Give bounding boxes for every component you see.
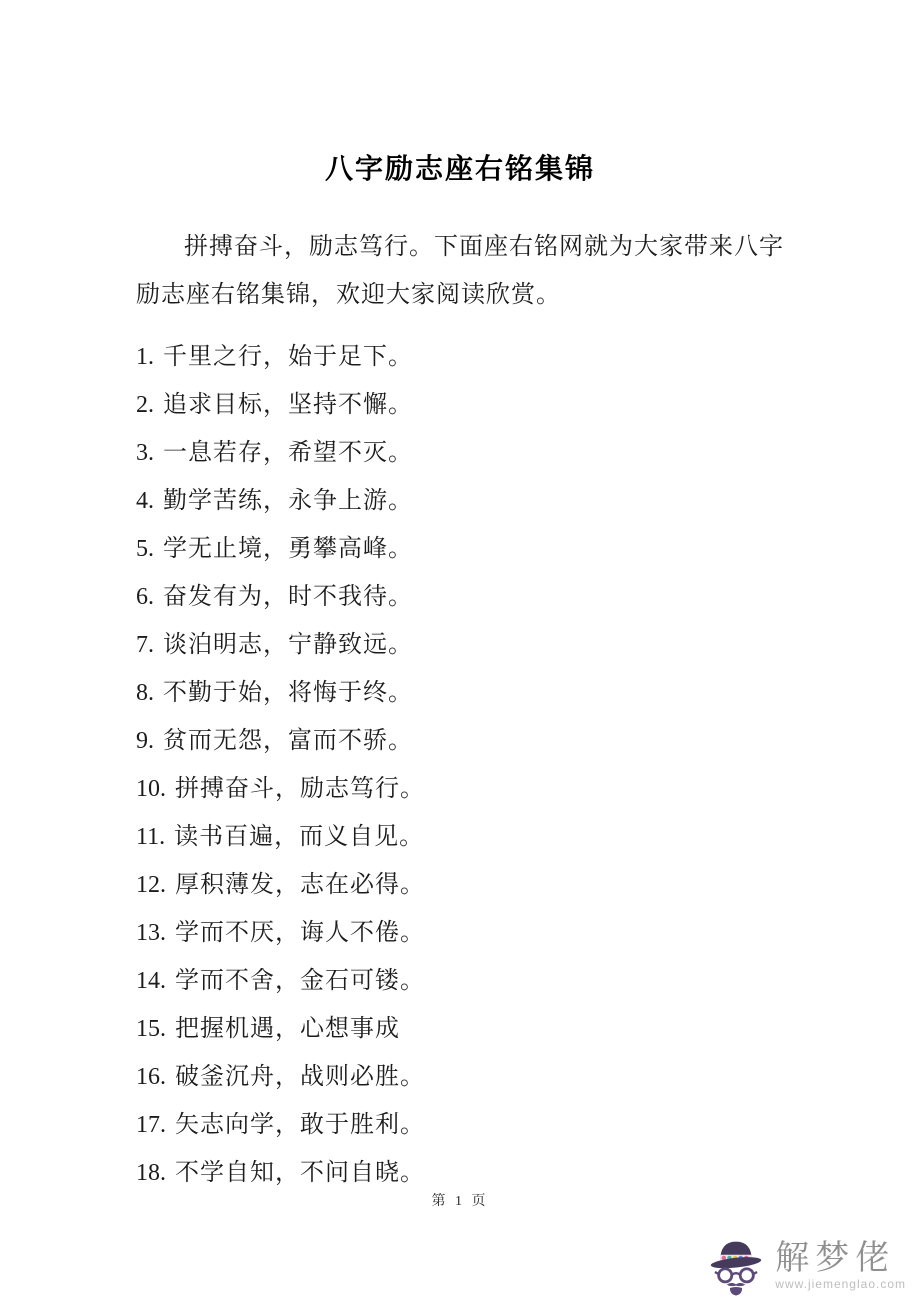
intro-paragraph: 拼搏奋斗，励志笃行。下面座右铭网就为大家带来八字励志座右铭集锦，欢迎大家阅读欣赏… xyxy=(136,223,784,319)
motto-list-item: 14.学而不舍，金石可镂。 xyxy=(136,957,784,1005)
motto-text: 不勤于始，将悔于终。 xyxy=(163,680,413,706)
motto-text: 千里之行，始于足下。 xyxy=(163,344,413,370)
motto-list-item: 16.破釜沉舟，战则必胜。 xyxy=(136,1053,784,1101)
motto-list: 1.千里之行，始于足下。 2.追求目标，坚持不懈。 3.一息若存，希望不灭。 4… xyxy=(136,333,784,1197)
motto-text: 矢志向学，敢于胜利。 xyxy=(175,1112,425,1138)
motto-list-item: 2.追求目标，坚持不懈。 xyxy=(136,381,784,429)
motto-list-item: 15.把握机遇，心想事成 xyxy=(136,1005,784,1053)
motto-number: 12. xyxy=(136,872,166,898)
motto-text: 学而不厌，诲人不倦。 xyxy=(175,920,425,946)
motto-text: 学无止境，勇攀高峰。 xyxy=(163,536,413,562)
motto-text: 拼搏奋斗，励志笃行。 xyxy=(175,776,425,802)
motto-list-item: 3.一息若存，希望不灭。 xyxy=(136,429,784,477)
page-number-footer: 第 1 页 xyxy=(0,1190,920,1210)
motto-number: 18. xyxy=(136,1160,166,1186)
motto-number: 10. xyxy=(136,776,166,802)
motto-list-item: 12.厚积薄发，志在必得。 xyxy=(136,861,784,909)
motto-list-item: 11.读书百遍，而义自见。 xyxy=(136,813,784,861)
motto-number: 7. xyxy=(136,632,154,658)
motto-number: 13. xyxy=(136,920,166,946)
motto-text: 一息若存，希望不灭。 xyxy=(163,440,413,466)
motto-number: 3. xyxy=(136,440,154,466)
watermark: 解梦佬 www.jiemenglao.com xyxy=(706,1234,906,1296)
watermark-text: 解梦佬 www.jiemenglao.com xyxy=(775,1239,906,1291)
motto-list-item: 10.拼搏奋斗，励志笃行。 xyxy=(136,765,784,813)
motto-text: 厚积薄发，志在必得。 xyxy=(175,872,425,898)
motto-number: 9. xyxy=(136,728,154,754)
motto-list-item: 1.千里之行，始于足下。 xyxy=(136,333,784,381)
motto-text: 勤学苦练，永争上游。 xyxy=(163,488,413,514)
motto-number: 11. xyxy=(136,824,165,850)
hipster-man-icon xyxy=(706,1234,766,1296)
motto-list-item: 8.不勤于始，将悔于终。 xyxy=(136,669,784,717)
motto-text: 贫而无怨，富而不骄。 xyxy=(163,728,413,754)
motto-number: 8. xyxy=(136,680,154,706)
motto-number: 15. xyxy=(136,1016,166,1042)
motto-text: 读书百遍，而义自见。 xyxy=(174,824,424,850)
motto-text: 奋发有为，时不我待。 xyxy=(163,584,413,610)
motto-text: 不学自知，不问自晓。 xyxy=(175,1160,425,1186)
motto-text: 追求目标，坚持不懈。 xyxy=(163,392,413,418)
motto-text: 把握机遇，心想事成 xyxy=(175,1016,400,1042)
motto-list-item: 5.学无止境，勇攀高峰。 xyxy=(136,525,784,573)
motto-list-item: 7.谈泊明志，宁静致远。 xyxy=(136,621,784,669)
motto-text: 学而不舍，金石可镂。 xyxy=(175,968,425,994)
motto-list-item: 17.矢志向学，敢于胜利。 xyxy=(136,1101,784,1149)
motto-text: 谈泊明志，宁静致远。 xyxy=(163,632,413,658)
motto-number: 17. xyxy=(136,1112,166,1138)
motto-list-item: 6.奋发有为，时不我待。 xyxy=(136,573,784,621)
motto-list-item: 13.学而不厌，诲人不倦。 xyxy=(136,909,784,957)
motto-list-item: 4.勤学苦练，永争上游。 xyxy=(136,477,784,525)
motto-text: 破釜沉舟，战则必胜。 xyxy=(175,1064,425,1090)
motto-number: 16. xyxy=(136,1064,166,1090)
watermark-url: www.jiemenglao.com xyxy=(775,1277,906,1291)
motto-number: 1. xyxy=(136,344,154,370)
motto-number: 5. xyxy=(136,536,154,562)
document-body: 拼搏奋斗，励志笃行。下面座右铭网就为大家带来八字励志座右铭集锦，欢迎大家阅读欣赏… xyxy=(136,223,784,1197)
motto-number: 14. xyxy=(136,968,166,994)
document-page: 八字励志座右铭集锦 拼搏奋斗，励志笃行。下面座右铭网就为大家带来八字励志座右铭集… xyxy=(0,0,920,1302)
motto-number: 6. xyxy=(136,584,154,610)
motto-list-item: 9.贫而无怨，富而不骄。 xyxy=(136,717,784,765)
page-title: 八字励志座右铭集锦 xyxy=(0,19,920,187)
motto-number: 2. xyxy=(136,392,154,418)
motto-number: 4. xyxy=(136,488,154,514)
watermark-brand: 解梦佬 xyxy=(775,1239,895,1277)
